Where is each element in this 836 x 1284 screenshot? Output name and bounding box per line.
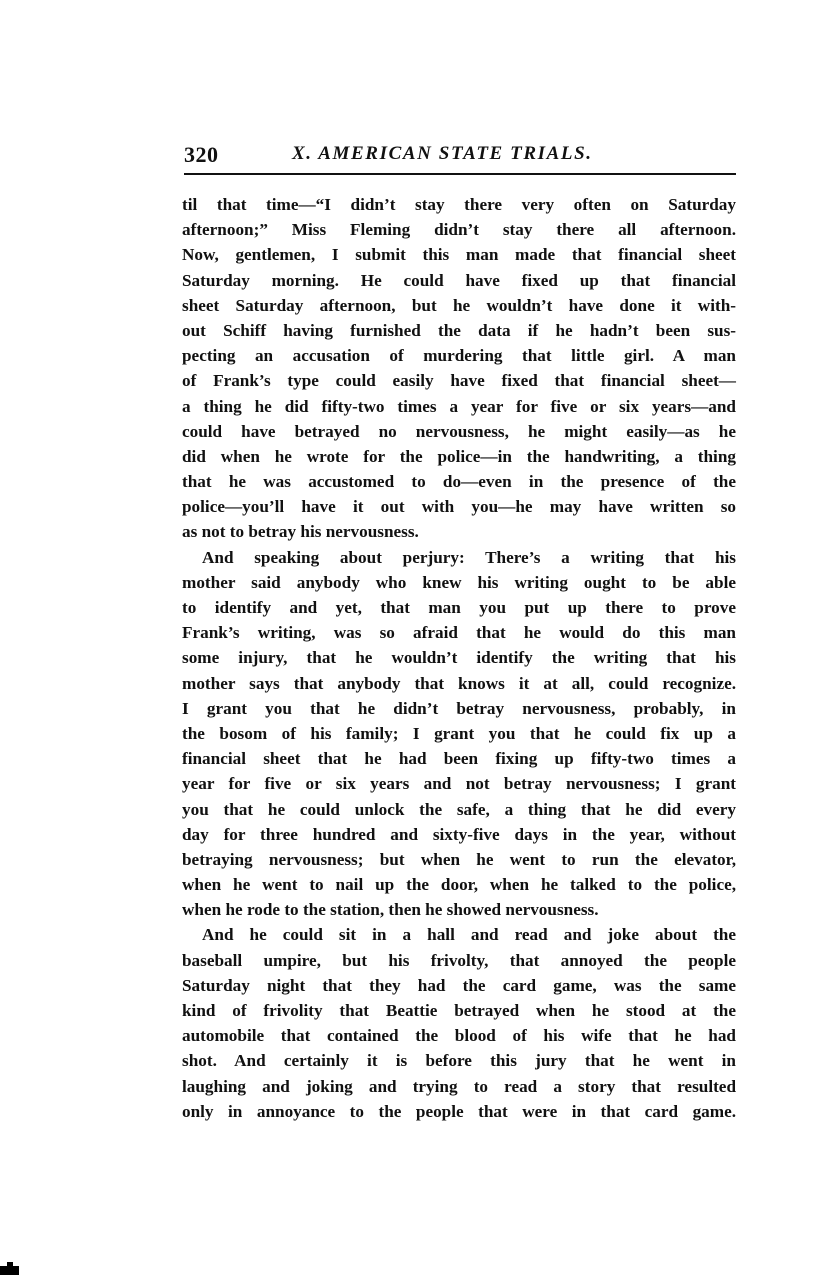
paragraph-1: til that time—“I didn’t stay there very … [182, 192, 736, 545]
text-line: out Schiff having furnished the data if … [182, 318, 736, 343]
text-line: Saturday night that they had the card ga… [182, 973, 736, 998]
text-line: financial sheet that he had been fixing … [182, 746, 736, 771]
text-line: when he rode to the station, then he sho… [182, 897, 736, 922]
text-line: betraying nervousness; but when he went … [182, 847, 736, 872]
text-line: shot. And certainly it is before this ju… [182, 1048, 736, 1073]
text-line: Saturday morning. He could have fixed up… [182, 268, 736, 293]
text-line: mother says that anybody that knows it a… [182, 671, 736, 696]
text-line: did when he wrote for the police—in the … [182, 444, 736, 469]
text-line: the bosom of his family; I grant you tha… [182, 721, 736, 746]
text-line: pecting an accusation of murdering that … [182, 343, 736, 368]
body-text: til that time—“I didn’t stay there very … [182, 192, 736, 1124]
text-line: Frank’s writing, was so afraid that he w… [182, 620, 736, 645]
scan-artifact-mark [0, 1266, 19, 1275]
text-line: police—you’ll have it out with you—he ma… [182, 494, 736, 519]
text-line: some injury, that he wouldn’t identify t… [182, 645, 736, 670]
text-line: kind of frivolity that Beattie betrayed … [182, 998, 736, 1023]
text-line: mother said anybody who knew his writing… [182, 570, 736, 595]
text-line: afternoon;” Miss Fleming didn’t stay the… [182, 217, 736, 242]
text-line: Now, gentlemen, I submit this man made t… [182, 242, 736, 267]
book-page: 320 X. AMERICAN STATE TRIALS. til that t… [182, 140, 736, 170]
text-line: as not to betray his nervousness. [182, 519, 736, 544]
text-line: of Frank’s type could easily have fixed … [182, 368, 736, 393]
text-line: you that he could unlock the safe, a thi… [182, 797, 736, 822]
text-line: day for three hundred and sixty-five day… [182, 822, 736, 847]
text-line: a thing he did fifty-two times a year fo… [182, 394, 736, 419]
text-line: when he went to nail up the door, when h… [182, 872, 736, 897]
text-line: And speaking about perjury: There’s a wr… [182, 545, 736, 570]
text-line: year for five or six years and not betra… [182, 771, 736, 796]
text-line: I grant you that he didn’t betray nervou… [182, 696, 736, 721]
header-rule [184, 173, 736, 175]
running-head: 320 X. AMERICAN STATE TRIALS. [182, 140, 736, 170]
page-number: 320 [184, 142, 219, 168]
running-title: X. AMERICAN STATE TRIALS. [292, 143, 593, 165]
text-line: automobile that contained the blood of h… [182, 1023, 736, 1048]
text-line: only in annoyance to the people that wer… [182, 1099, 736, 1124]
text-line: And he could sit in a hall and read and … [182, 922, 736, 947]
text-line: that he was accustomed to do—even in the… [182, 469, 736, 494]
text-line: to identify and yet, that man you put up… [182, 595, 736, 620]
text-line: could have betrayed no nervousness, he m… [182, 419, 736, 444]
text-line: laughing and joking and trying to read a… [182, 1074, 736, 1099]
paragraph-3: And he could sit in a hall and read and … [182, 922, 736, 1124]
text-line: baseball umpire, but his frivolty, that … [182, 948, 736, 973]
paragraph-2: And speaking about perjury: There’s a wr… [182, 545, 736, 923]
text-line: til that time—“I didn’t stay there very … [182, 192, 736, 217]
text-line: sheet Saturday afternoon, but he wouldn’… [182, 293, 736, 318]
